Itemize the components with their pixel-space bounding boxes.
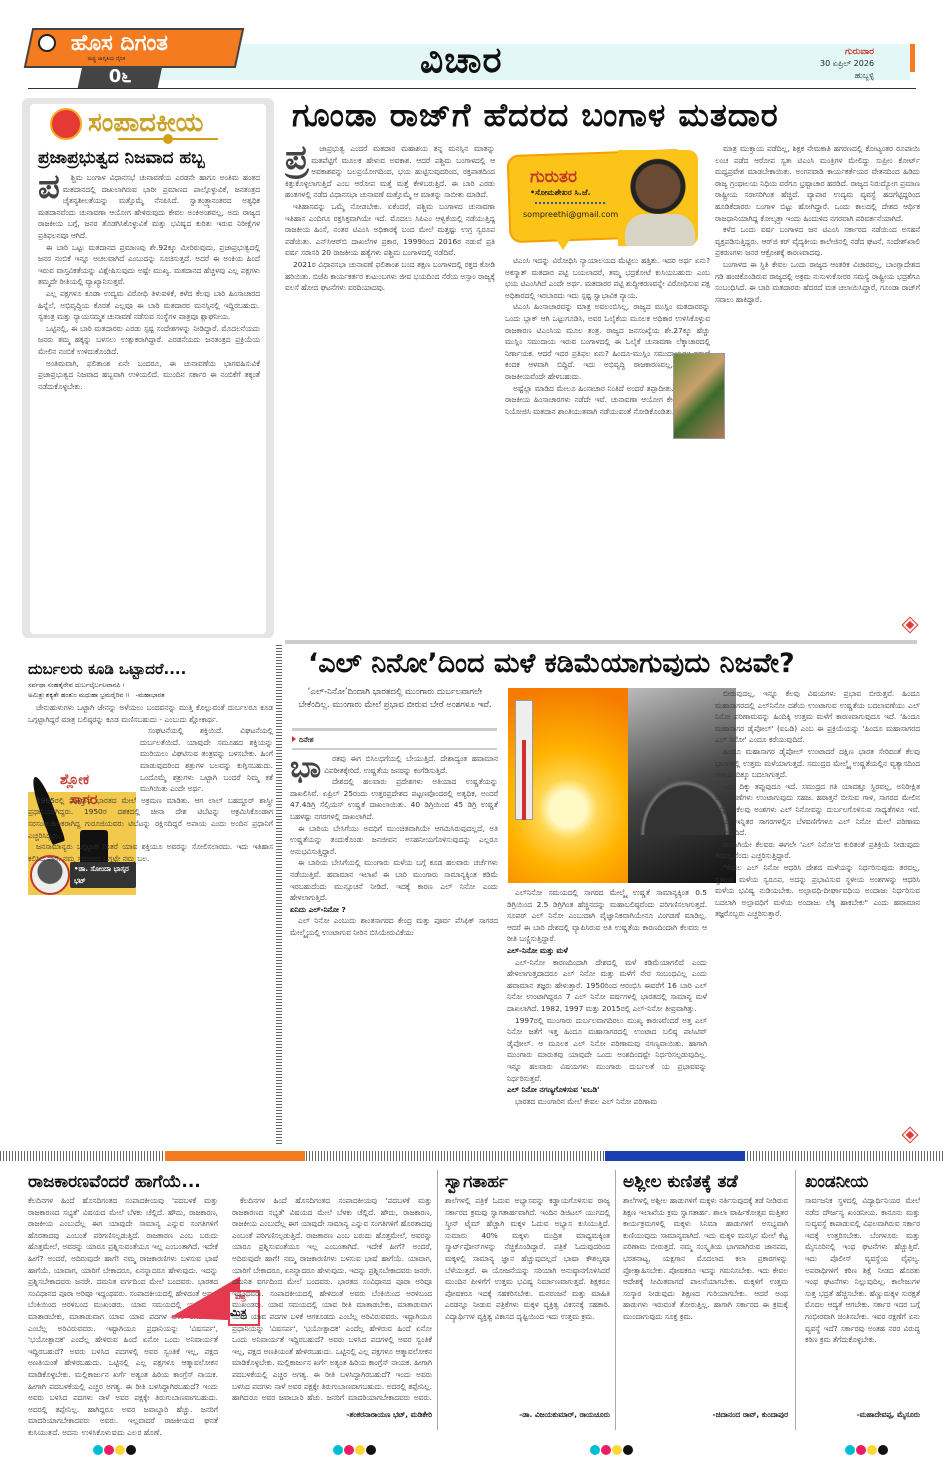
letter-body-4: ಸಾರ್ವಜನಿಕ ಸ್ಥಳದಲ್ಲಿ ವಿದ್ಯಾರ್ಥಿನಿಯರ ಮೇಲೆ … — [805, 1195, 920, 1405]
letter-body-3: ಶಾಲೆಗಳಲ್ಲಿ ಅಶ್ಲೀಲ ಹಾಡುಗಳಿಗೆ ಮಕ್ಕಳು ನರ್ತಿ… — [623, 1195, 788, 1405]
elnino-subhead-1: ಏನಿದು ಎಲ್-ನಿನೋ ? — [290, 904, 498, 916]
thermometer-mercury — [522, 740, 526, 820]
letter-signature-3: -ಚಿದಾನಂದ ರಾವ್, ಕುಂದಾಪುರ — [623, 1410, 788, 1420]
letter-title-1[interactable]: ರಾಜಕಾರಣವೆಂದರೆ ಹಾಗೆಯೆ... — [28, 1172, 201, 1192]
paper-name: ಹೊಸ ದಿಗಂತ — [31, 30, 239, 58]
elnino-subhead-2: ಎಲ್-ನಿನೋ ಮತ್ತು ಮಳೆ — [507, 945, 707, 957]
section-divider — [285, 640, 917, 644]
registration-mark — [93, 1440, 141, 1452]
letter-body-2: ಶಾಲೆಗಳಲ್ಲಿ ಪತ್ರಿಕೆ ಓದುವ ಅಭ್ಯಾಸವನ್ನು ಕಡ್ಡ… — [445, 1195, 610, 1405]
edition-city: ಹುಬ್ಬಳ್ಳಿ — [820, 70, 874, 82]
elnino-col-2: ಎಲ್‌ನಿನೋ ಸಮಯದಲ್ಲಿ ಸಾಗರದ ಮೇಲ್ಮೈ ಉಷ್ಣತೆ ಸಾ… — [507, 887, 707, 1137]
paper-logo[interactable]: ಹೊಸ ದಿಗಂತ ರಾಷ್ಟ್ರ ಜಾಗೃತಿಯ ದೈನಿಕ — [24, 28, 245, 68]
date: 30 ಏಪ್ರಿಲ್ 2026 — [820, 58, 874, 70]
strip-orange-block — [165, 1151, 305, 1161]
paper-tagline: ರಾಷ್ಟ್ರ ಜಾಗೃತಿಯ ದೈನಿಕ — [28, 56, 236, 62]
letter-signature-2: -ಡಾ. ವಿಜಯಕುಮಾರ್, ರಾಯಚೂರು — [445, 1410, 610, 1420]
weekday: ಗುರುವಾರ — [820, 46, 874, 58]
letter-title-3[interactable]: ಅಶ್ಲೀಲ ಕುಣಿತಕ್ಕೆ ತಡೆ — [623, 1172, 738, 1192]
editorial-body: ಪ ಶ್ಚಿಮ ಬಂಗಾಳ ವಿಧಾನಸಭೆ ಚುನಾವಣೆಯ ಎರಡನೇ ಹಾ… — [38, 172, 260, 630]
editorial-title[interactable]: ಪ್ರಜಾಪ್ರಭುತ್ವದ ನಿಜವಾದ ಹಬ್ಬ — [38, 148, 205, 168]
elnino-dropcap: ಭಾ — [290, 753, 321, 783]
lead-headline[interactable]: ಗೂಂಡಾ ರಾಜ್‌ಗೆ ಹೆದರದ ಬಂಗಾಳ ಮತದಾರ — [292, 96, 779, 135]
elnino-col-1: ಭಾ ರತವು ಈಗ ಬಿಸಿಲಧಗೆಯಲ್ಲಿ ಬೇಯುತ್ತಿದೆ. ದೇಶ… — [290, 753, 498, 1138]
letter-title-4[interactable]: ಖಂಡನೀಯ — [805, 1172, 868, 1192]
elnino-subhead-3: ಎಲ್ ನಿನೋ ನಗಣ್ಯಗೊಳಿಸುವ 'ಐಒಡಿ' — [507, 1084, 707, 1096]
ornament-dot-icon — [163, 134, 173, 144]
column-divider — [615, 1170, 616, 1430]
lead-col-2: ಟಿಎಂಸಿ ಇದನ್ನು ವಿರೋಧಿಸಿ ನ್ಯಾಯಾಲಯದ ಮೆಟ್ಟಿಲ… — [505, 255, 710, 633]
header-band — [140, 44, 910, 80]
column-divider — [795, 1170, 796, 1430]
editorial-emblem-icon — [50, 108, 82, 140]
editorial-label: ಸಂಪಾದಕೀಯ — [88, 108, 203, 139]
page-number: 0೬ — [80, 66, 160, 88]
section-strip — [0, 1151, 945, 1161]
registration-mark — [333, 1440, 381, 1452]
elnino-byline: ದಿನೇಶ — [292, 736, 314, 745]
column-name: ಗುರುತರ — [530, 167, 577, 187]
registration-mark — [845, 1440, 893, 1452]
letter-signature-1: -ಶಂಕರನಾರಾಯಣ ಭಟ್, ಮಡಿಕೇರಿ — [232, 1410, 432, 1420]
letter-title-2[interactable]: ಸ್ವಾಗತಾರ್ಹ — [445, 1172, 508, 1192]
badge-tail — [555, 238, 571, 250]
author-email[interactable]: sompreethi@gmail.com — [523, 210, 618, 219]
author-name: •ಸೋಮಶೇಖರ ಸಿ.ಜೆ. — [530, 188, 591, 198]
author-photo-shirt — [625, 214, 695, 246]
column-divider — [437, 1170, 438, 1430]
shloka-source: -ಮಹಾಭಾರತ — [136, 691, 165, 699]
editorial-dropcap: ಪ — [38, 172, 60, 202]
page-number-box: 0೬ — [78, 66, 163, 88]
lead-col-3: ಮಾತ್ರ ಮುಕ್ತಾಯ ಪಡೆದಿಲ್ಲ, ಶಿಕ್ಷಕ ನೇಮಕಾತಿ ಹ… — [715, 143, 920, 628]
side-column-body: ಜೇನುಹುಳುಗಳು ಒಟ್ಟಾಗಿ ಜೇನನ್ನು ಅಳೆಯಲು ಬಂದವನ… — [28, 702, 273, 1142]
elnino-headline[interactable]: ‘ಎಲ್ ನಿನೋ’ದಿಂದ ಮಳೆ ಕಡಿಮೆಯಾಗುವುದು ನಿಜವೇ? — [308, 648, 795, 680]
header-accent-bar — [910, 44, 915, 72]
section-title: ವಿಚಾರ — [420, 40, 503, 82]
elnino-col-3: ಬೀರುವುದಲ್ಲ, ಇನ್ನೂ ಕೆಲವು ವಿಷಯಗಳು ಪ್ರಭಾವ ಬ… — [715, 688, 920, 1133]
byline-divider — [292, 748, 497, 750]
lead-col-1: ಪ್ರ ಜಾಪ್ರಭುತ್ವ ಎಂದರೆ ಮತದಾರ ಮಹಾಶಯ ತನ್ನ ಮನ… — [285, 143, 495, 633]
logo-emblem-icon — [38, 34, 56, 52]
deck-divider — [292, 728, 497, 731]
dotted-divider — [535, 202, 605, 204]
date-block: ಗುರುವಾರ 30 ಏಪ್ರಿಲ್ 2026 ಹುಬ್ಬಳ್ಳಿ — [820, 46, 874, 82]
side-column-title[interactable]: ದುರ್ಬಲರು ಕೂಡಿ ಒಟ್ಟಾದರೆ.... — [28, 660, 186, 678]
registration-mark — [590, 1440, 638, 1452]
header-rule — [28, 88, 916, 89]
letter-signature-4: -ಮಹಾದೇವಪ್ಪ, ಮೈಸೂರು — [805, 1410, 920, 1420]
lead-dropcap: ಪ್ರ — [285, 143, 308, 173]
shloka: ಸರ್ವಥಾ ಸಂಹತೈರೇವ ದುರ್ಬಲೈರ್ಬಲವಾನಪಿ । ಅಮಿತ್… — [28, 680, 273, 700]
strip-blue-block — [605, 1151, 745, 1161]
letter-body-1b: ಕೆಲದಿನಗಳ ಹಿಂದೆ ಹೊಸದಿಗಂತದ ಸಂಪಾದಕೀಯವು 'ಪದಬ… — [232, 1195, 432, 1400]
column-separator — [276, 645, 282, 1145]
elnino-deck: ‘ಎಲ್-ನಿನೋ’ದಿಂದಾಗಿ ಭಾರತದಲ್ಲಿ ಮುಂಗಾರು ದುರ್… — [295, 686, 495, 712]
